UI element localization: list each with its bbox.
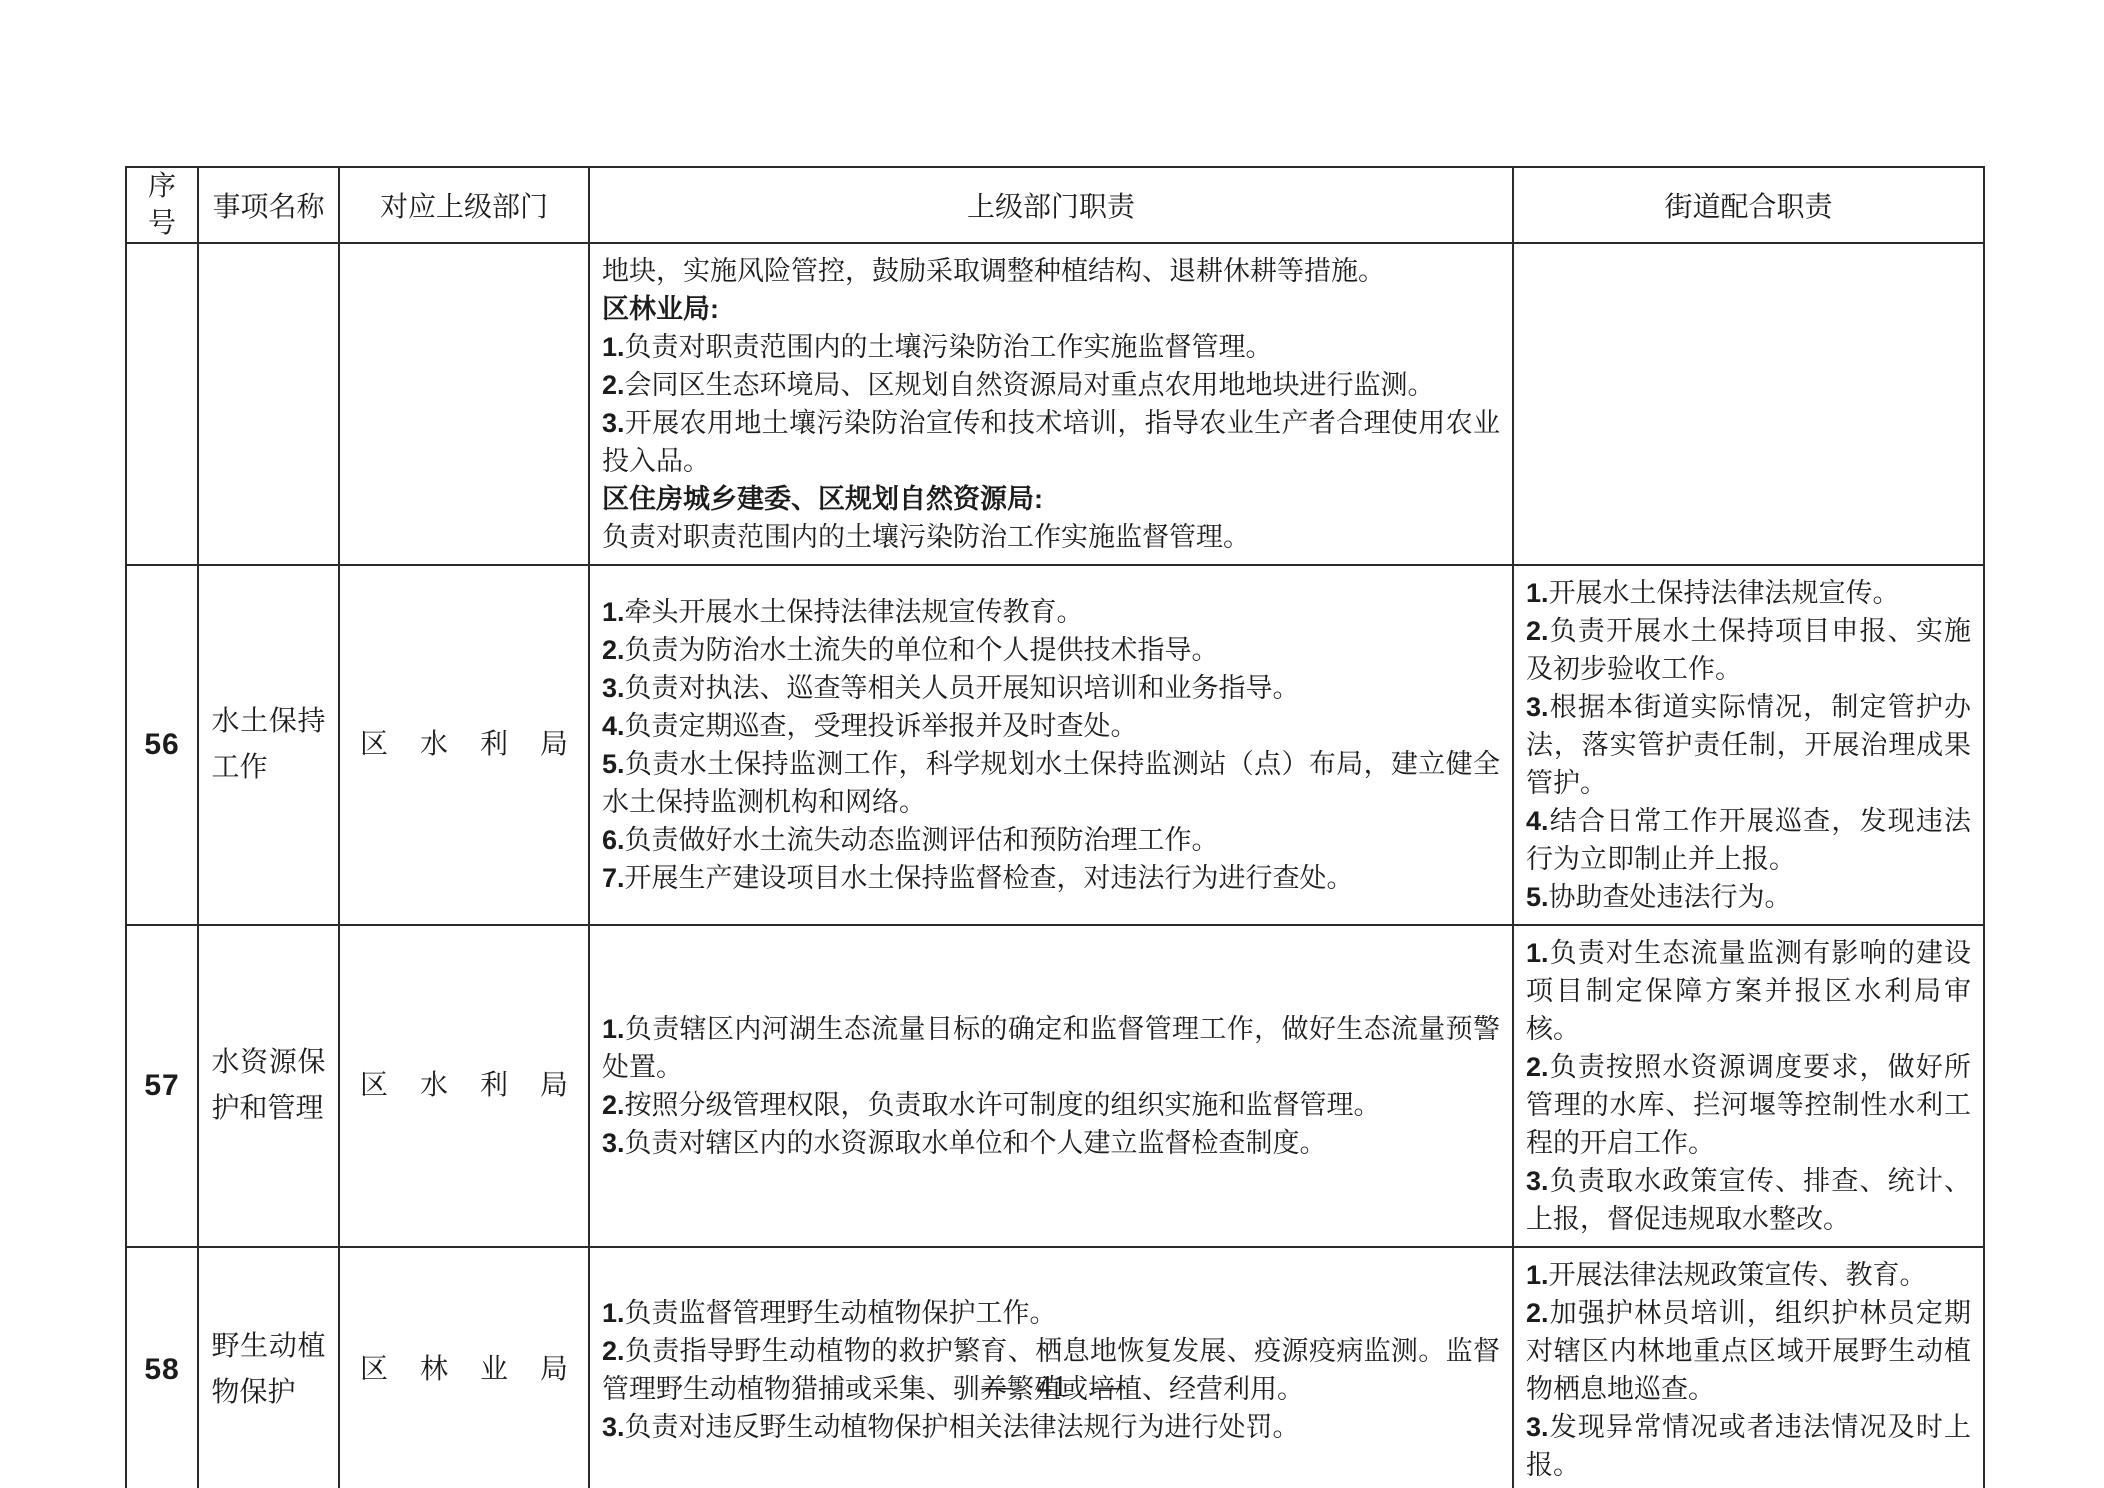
duty-line: 3.负责对违反野生动植物保护相关法律法规行为进行处罚。 [602, 1408, 1500, 1446]
duty-line: 3.发现异常情况或者违法情况及时上报。 [1526, 1408, 1971, 1484]
duty-number: 5. [602, 749, 625, 779]
table-row: 56水土保持工作区水利局1.牵头开展水土保持法律法规宣传教育。2.负责为防治水土… [126, 565, 1984, 925]
column-header-department: 对应上级部门 [339, 167, 589, 243]
cell-superior-duties: 地块，实施风险管控，鼓励采取调整种植结构、退耕休耕等措施。区林业局:1.负责对职… [589, 243, 1513, 565]
item-name-text: 水资源保护和管理 [212, 1040, 326, 1132]
duty-line: 5.协助查处违法行为。 [1526, 878, 1971, 916]
duty-number: 5. [1526, 882, 1549, 912]
table-row: 57水资源保护和管理区水利局1.负责辖区内河湖生态流量目标的确定和监督管理工作，… [126, 925, 1984, 1247]
duty-line: 2.会同区生态环境局、区规划自然资源局对重点农用地地块进行监测。 [602, 366, 1500, 404]
duty-number: 4. [602, 711, 625, 741]
duty-number: 2. [1526, 1052, 1549, 1082]
duty-line: 1.开展水土保持法律法规宣传。 [1526, 574, 1971, 612]
column-header-superior-duties: 上级部门职责 [589, 167, 1513, 243]
duty-number: 4. [1526, 806, 1549, 836]
duty-number: 3. [602, 673, 625, 703]
duty-number: 1. [1526, 578, 1549, 608]
duty-number: 3. [602, 1128, 625, 1158]
duty-line: 3.负责对辖区内的水资源取水单位和个人建立监督检查制度。 [602, 1124, 1500, 1162]
column-header-item-name: 事项名称 [198, 167, 339, 243]
duty-number: 2. [602, 1336, 625, 1366]
page-footer: — 41 — [0, 1368, 2104, 1404]
duty-number: 2. [602, 1090, 625, 1120]
item-name-text: 水土保持工作 [212, 699, 326, 791]
cell-superior-duties: 1.牵头开展水土保持法律法规宣传教育。2.负责为防治水土流失的单位和个人提供技术… [589, 565, 1513, 925]
cell-seq: 56 [126, 565, 198, 925]
duty-number: 6. [602, 825, 625, 855]
cell-seq: 57 [126, 925, 198, 1247]
cell-item-name [198, 243, 339, 565]
cell-item-name: 水资源保护和管理 [198, 925, 339, 1247]
duties-table: 序号 事项名称 对应上级部门 上级部门职责 街道配合职责 地块，实施风险管控，鼓… [125, 166, 1985, 1488]
duty-line: 5.负责水土保持监测工作，科学规划水土保持监测站（点）布局，建立健全水土保持监测… [602, 745, 1500, 821]
duty-number: 7. [602, 863, 625, 893]
duty-number: 3. [1526, 1166, 1549, 1196]
column-header-seq: 序号 [126, 167, 198, 243]
duty-line: 1.开展法律法规政策宣传、教育。 [1526, 1256, 1971, 1294]
duty-line: 1.负责监督管理野生动植物保护工作。 [602, 1294, 1500, 1332]
duty-line: 6.负责做好水土流失动态监测评估和预防治理工作。 [602, 821, 1500, 859]
duty-line: 4.负责定期巡查，受理投诉举报并及时查处。 [602, 707, 1500, 745]
duty-number: 1. [602, 597, 625, 627]
page-number: — 41 — [982, 1368, 1123, 1403]
column-header-seq-label: 序号 [145, 168, 179, 242]
document-page: 序号 事项名称 对应上级部门 上级部门职责 街道配合职责 地块，实施风险管控，鼓… [0, 0, 2104, 1488]
duty-number: 1. [602, 1014, 625, 1044]
department-text: 区水利局 [360, 725, 568, 765]
cell-item-name: 水土保持工作 [198, 565, 339, 925]
cell-street-duties: 1.负责对生态流量监测有影响的建设项目制定保障方案并报区水利局审核。2.负责按照… [1513, 925, 1984, 1247]
duty-number: 3. [1526, 692, 1549, 722]
duty-line: 3.根据本街道实际情况，制定管护办法，落实管护责任制，开展治理成果管护。 [1526, 688, 1971, 802]
duty-line: 2.负责开展水土保持项目申报、实施及初步验收工作。 [1526, 612, 1971, 688]
cell-street-duties: 1.开展水土保持法律法规宣传。2.负责开展水土保持项目申报、实施及初步验收工作。… [1513, 565, 1984, 925]
duty-line: 7.开展生产建设项目水土保持监督检查，对违法行为进行查处。 [602, 859, 1500, 897]
cell-street-duties [1513, 243, 1984, 565]
duty-line: 地块，实施风险管控，鼓励采取调整种植结构、退耕休耕等措施。 [602, 252, 1500, 290]
duty-number: 1. [602, 332, 625, 362]
duty-number: 3. [1526, 1412, 1549, 1442]
duty-number: 2. [602, 370, 625, 400]
duty-line: 2.按照分级管理权限，负责取水许可制度的组织实施和监督管理。 [602, 1086, 1500, 1124]
duty-line: 负责对职责范围内的土壤污染防治工作实施监督管理。 [602, 518, 1500, 556]
duty-line: 2.负责按照水资源调度要求，做好所管理的水库、拦河堰等控制性水利工程的开启工作。 [1526, 1048, 1971, 1162]
duty-line: 3.负责对执法、巡查等相关人员开展知识培训和业务指导。 [602, 669, 1500, 707]
table-header-row: 序号 事项名称 对应上级部门 上级部门职责 街道配合职责 [126, 167, 1984, 243]
duty-number: 1. [1526, 938, 1549, 968]
duty-number: 2. [602, 635, 625, 665]
table-row: 地块，实施风险管控，鼓励采取调整种植结构、退耕休耕等措施。区林业局:1.负责对职… [126, 243, 1984, 565]
duty-number: 1. [602, 1298, 625, 1328]
department-text: 区水利局 [360, 1066, 568, 1106]
column-header-street-duties: 街道配合职责 [1513, 167, 1984, 243]
duty-number: 3. [602, 408, 625, 438]
duty-line: 3.开展农用地土壤污染防治宣传和技术培训，指导农业生产者合理使用农业投入品。 [602, 404, 1500, 480]
cell-department [339, 243, 589, 565]
cell-department: 区水利局 [339, 565, 589, 925]
duty-line: 4.结合日常工作开展巡查，发现违法行为立即制止并上报。 [1526, 802, 1971, 878]
duty-line: 1.负责对职责范围内的土壤污染防治工作实施监督管理。 [602, 328, 1500, 366]
table-body: 地块，实施风险管控，鼓励采取调整种植结构、退耕休耕等措施。区林业局:1.负责对职… [126, 243, 1984, 1488]
duty-line: 区住房城乡建委、区规划自然资源局: [602, 480, 1500, 518]
duty-line: 3.负责取水政策宣传、排查、统计、上报，督促违规取水整改。 [1526, 1162, 1971, 1238]
duty-number: 3. [602, 1412, 625, 1442]
duty-line: 1.牵头开展水土保持法律法规宣传教育。 [602, 593, 1500, 631]
cell-department: 区水利局 [339, 925, 589, 1247]
duty-line: 1.负责对生态流量监测有影响的建设项目制定保障方案并报区水利局审核。 [1526, 934, 1971, 1048]
duty-number: 2. [1526, 1298, 1549, 1328]
duty-line: 1.负责辖区内河湖生态流量目标的确定和监督管理工作，做好生态流量预警处置。 [602, 1010, 1500, 1086]
cell-seq [126, 243, 198, 565]
duty-line: 2.负责为防治水土流失的单位和个人提供技术指导。 [602, 631, 1500, 669]
duty-line: 区林业局: [602, 290, 1500, 328]
cell-superior-duties: 1.负责辖区内河湖生态流量目标的确定和监督管理工作，做好生态流量预警处置。2.按… [589, 925, 1513, 1247]
duty-number: 1. [1526, 1260, 1549, 1290]
duty-number: 2. [1526, 616, 1549, 646]
